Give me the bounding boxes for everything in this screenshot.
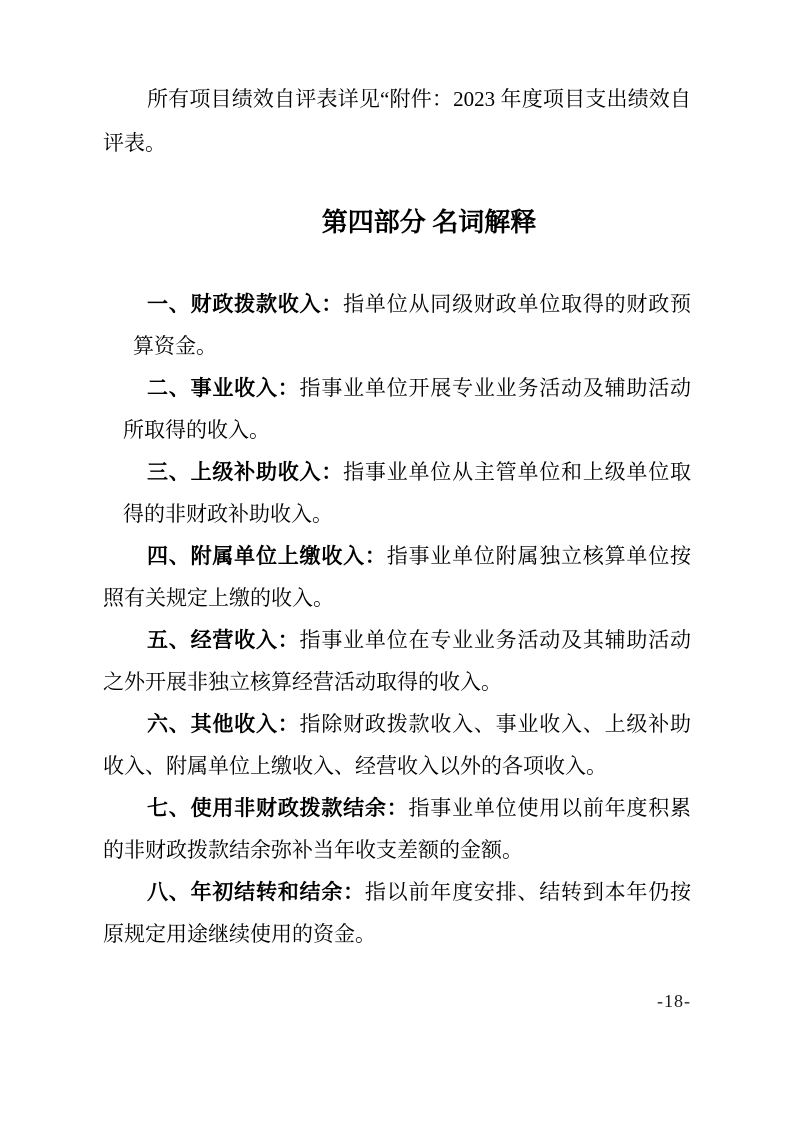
definition-item: 七、使用非财政拨款结余：指事业单位使用以前年度积累的非财政拨款结余弥补当年收支差… [103,787,691,871]
definition-term: 五、经营收入： [147,628,300,652]
definition-term: 三、上级补助收入： [147,460,343,484]
definition-item: 二、事业收入：指事业单位开展专业业务活动及辅助活动所取得的收入。 [123,367,691,451]
definition-term: 六、其他收入： [147,712,300,736]
page-number: -18- [657,991,691,1012]
definition-item: 五、经营收入：指事业单位在专业业务活动及其辅助活动之外开展非独立核算经营活动取得… [103,619,691,703]
definition-term: 八、年初结转和结余： [147,880,365,904]
definition-term: 二、事业收入： [147,376,300,400]
definition-item: 三、上级补助收入：指事业单位从主管单位和上级单位取得的非财政补助收入。 [123,451,691,535]
section-title: 第四部分 名词解释 [103,201,691,245]
definition-term: 一、财政拨款收入： [147,292,343,316]
definition-term: 四、附属单位上缴收入： [147,544,387,568]
definition-item: 八、年初结转和结余：指以前年度安排、结转到本年仍按原规定用途继续使用的资金。 [103,871,691,955]
page-content: 所有项目绩效自评表详见“附件：2023 年度项目支出绩效自评表。 第四部分 名词… [103,77,691,955]
definition-term: 七、使用非财政拨款结余： [147,796,409,820]
document-page: 所有项目绩效自评表详见“附件：2023 年度项目支出绩效自评表。 第四部分 名词… [0,0,794,1122]
intro-paragraph: 所有项目绩效自评表详见“附件：2023 年度项目支出绩效自评表。 [103,77,691,165]
definition-item: 四、附属单位上缴收入：指事业单位附属独立核算单位按照有关规定上缴的收入。 [103,535,691,619]
definition-item: 一、财政拨款收入：指单位从同级财政单位取得的财政预算资金。 [133,283,691,367]
intro-text: 所有项目绩效自评表详见“附件：2023 年度项目支出绩效自评表。 [103,87,691,155]
definition-item: 六、其他收入：指除财政拨款收入、事业收入、上级补助收入、附属单位上缴收入、经营收… [103,703,691,787]
